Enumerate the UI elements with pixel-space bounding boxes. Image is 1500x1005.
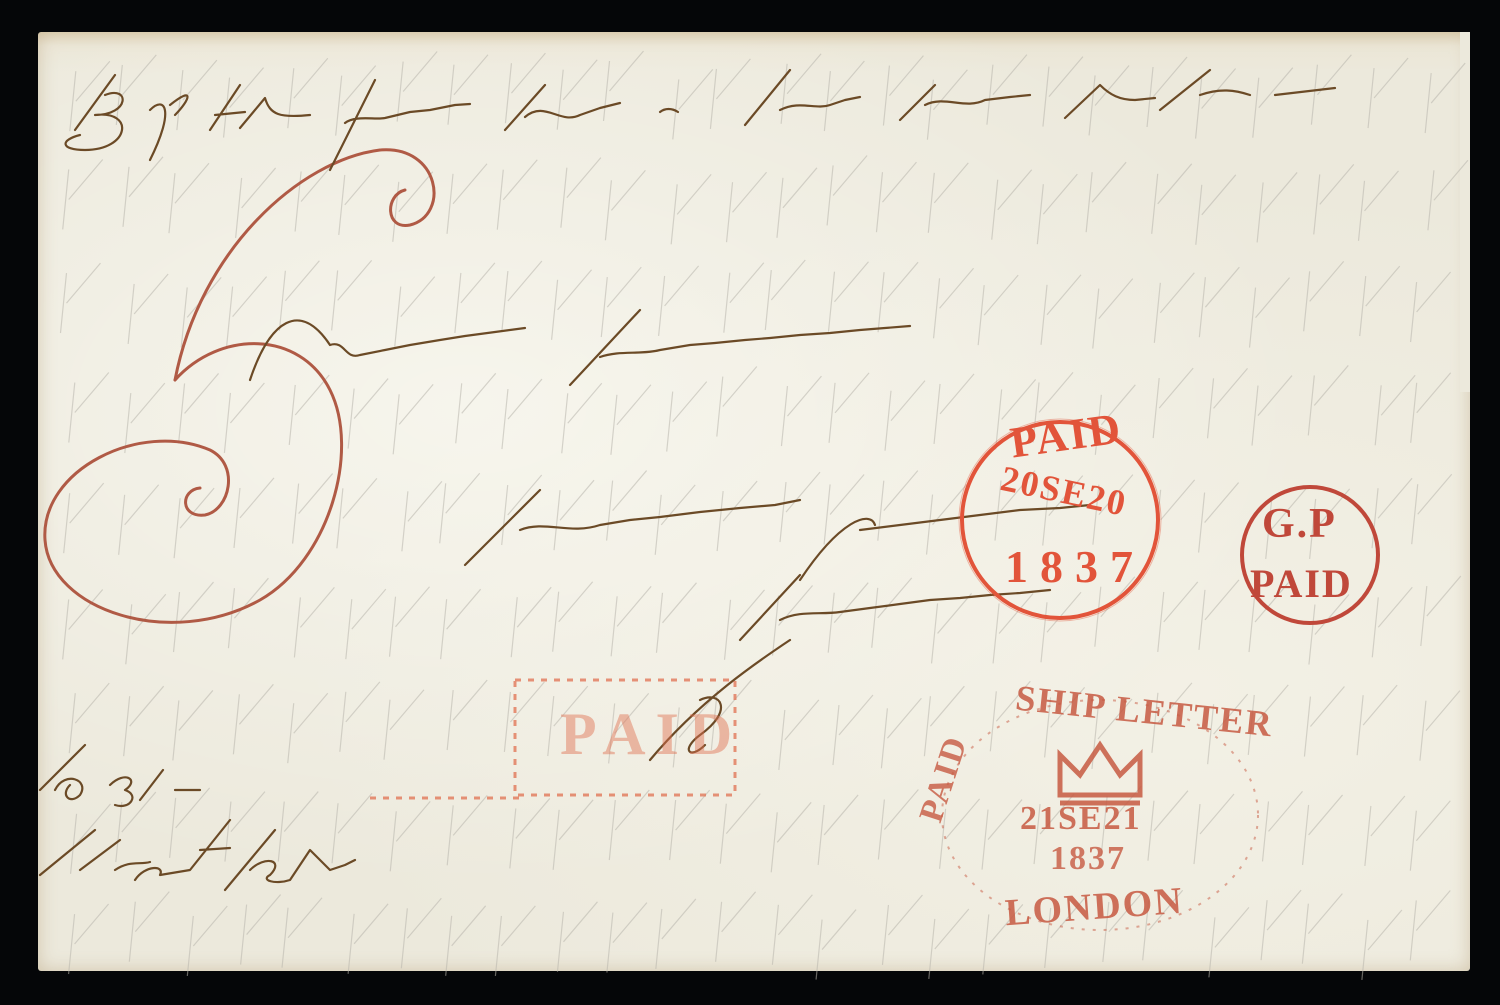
docket-handwriting [40, 745, 355, 890]
rate-marking-5 [45, 150, 434, 623]
paid-cds-year: 1837 [1005, 540, 1145, 593]
ship-letter-date: 21SE21 [1020, 800, 1142, 838]
gp-line1: G.P [1262, 500, 1337, 548]
ship-letter-year: 1837 [1050, 840, 1126, 878]
crown-icon [1060, 745, 1140, 803]
gp-line2: PAID [1250, 560, 1353, 607]
boxed-paid-text: PAID [560, 700, 742, 769]
